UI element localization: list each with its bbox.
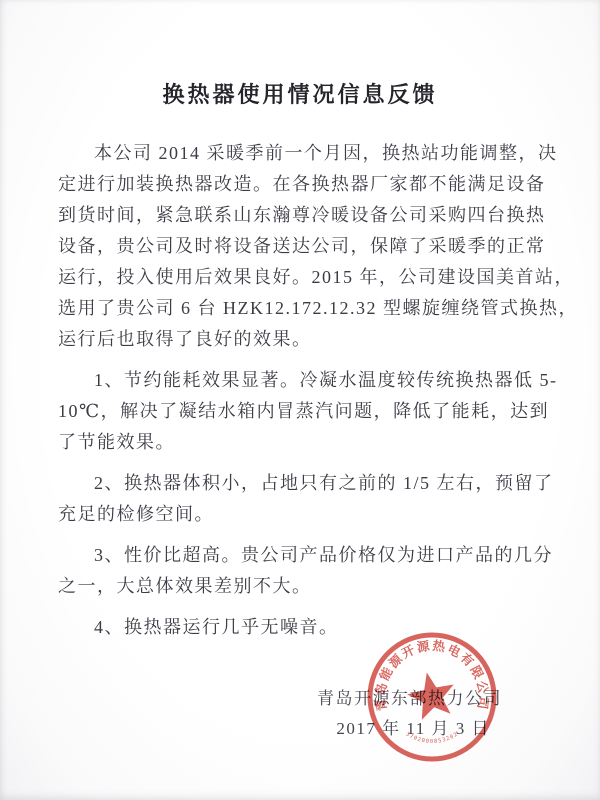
- text-line: 选用了贵公司 6 台 HZK12.172.12.32 型螺旋缠绕管式换热，: [58, 293, 546, 324]
- text-line: 了节能效果。: [58, 427, 546, 458]
- text-line: 之一，大总体效果差别不大。: [58, 571, 546, 602]
- scanned-document-page: 换热器使用情况信息反馈 本公司 2014 采暖季前一个月因，换热站功能调整，决定…: [0, 0, 600, 800]
- paragraph: 4、换热器运行几乎无噪音。: [58, 612, 546, 643]
- signature-date: 2017 年 11 月 3 日: [336, 714, 490, 739]
- text-line: 运行，投入使用后效果良好。2015 年，公司建设国美首站，: [58, 262, 546, 293]
- text-line: 本公司 2014 采暖季前一个月因，换热站功能调整，决: [58, 138, 546, 169]
- text-line: 2、换热器体积小，占地只有之前的 1/5 左右，预留了: [58, 468, 546, 499]
- paragraph: 3、性价比超高。贵公司产品价格仅为进口产品的几分之一，大总体效果差别不大。: [58, 540, 546, 602]
- paragraph: 本公司 2014 采暖季前一个月因，换热站功能调整，决定进行加装换热器改造。在各…: [58, 138, 546, 355]
- paragraph: 2、换热器体积小，占地只有之前的 1/5 左右，预留了充足的检修空间。: [58, 468, 546, 530]
- text-line: 充足的检修空间。: [58, 499, 546, 530]
- text-line: 10℃，解决了凝结水箱内冒蒸汽问题，降低了能耗，达到: [58, 396, 546, 427]
- signature-company: 青岛开源东部热力公司: [317, 684, 502, 709]
- text-line: 定进行加装换热器改造。在各换热器厂家都不能满足设备: [58, 169, 546, 200]
- document-title: 换热器使用情况信息反馈: [0, 78, 600, 109]
- text-line: 4、换热器运行几乎无噪音。: [58, 612, 546, 643]
- document-body: 本公司 2014 采暖季前一个月因，换热站功能调整，决定进行加装换热器改造。在各…: [58, 138, 546, 653]
- text-line: 1、节约能耗效果显著。冷凝水温度较传统换热器低 5-: [58, 365, 546, 396]
- paragraph: 1、节约能耗效果显著。冷凝水温度较传统换热器低 5-10℃，解决了凝结水箱内冒蒸…: [58, 365, 546, 458]
- text-line: 设备，贵公司及时将设备送达公司，保障了采暖季的正常: [58, 231, 546, 262]
- text-line: 到货时间，紧急联系山东瀚尊冷暖设备公司采购四台换热: [58, 200, 546, 231]
- text-line: 3、性价比超高。贵公司产品价格仅为进口产品的几分: [58, 540, 546, 571]
- text-line: 运行后也取得了良好的效果。: [58, 324, 546, 355]
